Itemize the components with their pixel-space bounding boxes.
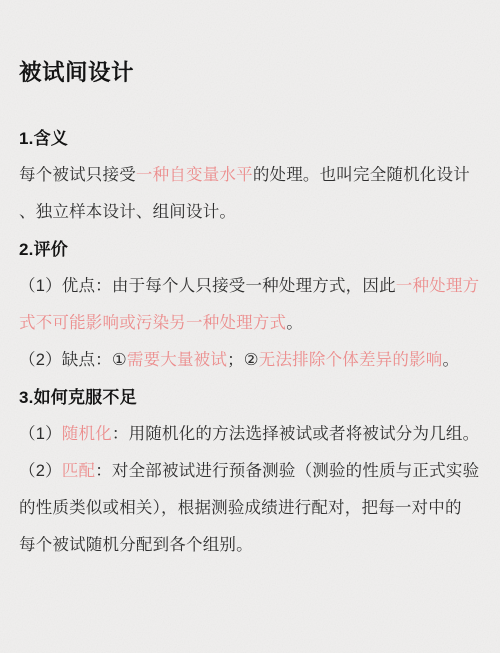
heading-line: 3.如何克服不足 xyxy=(19,379,484,416)
text-run: （1） xyxy=(19,425,62,443)
highlight-run: 式不可能影响或污染另一种处理方式 xyxy=(19,314,286,332)
highlight-run: 一种自变量水平 xyxy=(136,166,253,184)
text-line: 式不可能影响或污染另一种处理方式。 xyxy=(19,305,484,342)
highlight-run: 需要大量被试 xyxy=(127,351,227,369)
text-line: 每个被试随机分配到各个组别。 xyxy=(19,527,484,564)
note-page: 被试间设计 1.含义每个被试只接受一种自变量水平的处理。也叫完全随机化设计、独立… xyxy=(0,0,500,653)
text-line: 、独立样本设计、组间设计。 xyxy=(19,194,484,231)
text-line: （1）优点：由于每个人只接受一种处理方式，因此一种处理方 xyxy=(19,268,484,305)
note-body: 1.含义每个被试只接受一种自变量水平的处理。也叫完全随机化设计、独立样本设计、组… xyxy=(19,120,484,564)
text-line: （2）缺点：①需要大量被试；②无法排除个体差异的影响。 xyxy=(19,342,484,379)
heading-line: 2.评价 xyxy=(19,231,484,268)
text-line: 每个被试只接受一种自变量水平的处理。也叫完全随机化设计 xyxy=(19,157,484,194)
text-run: 。 xyxy=(286,314,303,332)
text-run: 的性质类似或相关），根据测验成绩进行配对，把每一对中的 xyxy=(19,499,462,517)
text-run: 的处理。也叫完全随机化设计 xyxy=(253,166,470,184)
text-run: 。 xyxy=(442,351,459,369)
text-run: （2）缺点：① xyxy=(19,351,127,369)
highlight-run: 一种处理方 xyxy=(396,277,480,295)
text-run: 3.如何克服不足 xyxy=(19,388,137,407)
text-run: ：对全部被试进行预备测验（测验的性质与正式实验 xyxy=(95,462,479,480)
text-line: 的性质类似或相关），根据测验成绩进行配对，把每一对中的 xyxy=(19,490,484,527)
page-title: 被试间设计 xyxy=(19,57,484,89)
highlight-run: 随机化 xyxy=(62,425,112,443)
highlight-run: 匹配 xyxy=(62,462,95,480)
text-run: 1.含义 xyxy=(19,129,68,148)
highlight-run: 无法排除个体差异的影响 xyxy=(259,351,443,369)
text-run: ；② xyxy=(227,351,259,369)
text-run: 每个被试随机分配到各个组别。 xyxy=(19,536,253,554)
heading-line: 1.含义 xyxy=(19,120,484,157)
text-run: 、独立样本设计、组间设计。 xyxy=(19,203,236,221)
text-run: ：用随机化的方法选择被试或者将被试分为几组。 xyxy=(112,425,479,443)
text-line: （2）匹配：对全部被试进行预备测验（测验的性质与正式实验 xyxy=(19,453,484,490)
text-run: （1）优点：由于每个人只接受一种处理方式，因此 xyxy=(19,277,396,295)
text-run: （2） xyxy=(19,462,62,480)
text-run: 2.评价 xyxy=(19,240,68,259)
text-line: （1）随机化：用随机化的方法选择被试或者将被试分为几组。 xyxy=(19,416,484,453)
text-run: 每个被试只接受 xyxy=(19,166,136,184)
